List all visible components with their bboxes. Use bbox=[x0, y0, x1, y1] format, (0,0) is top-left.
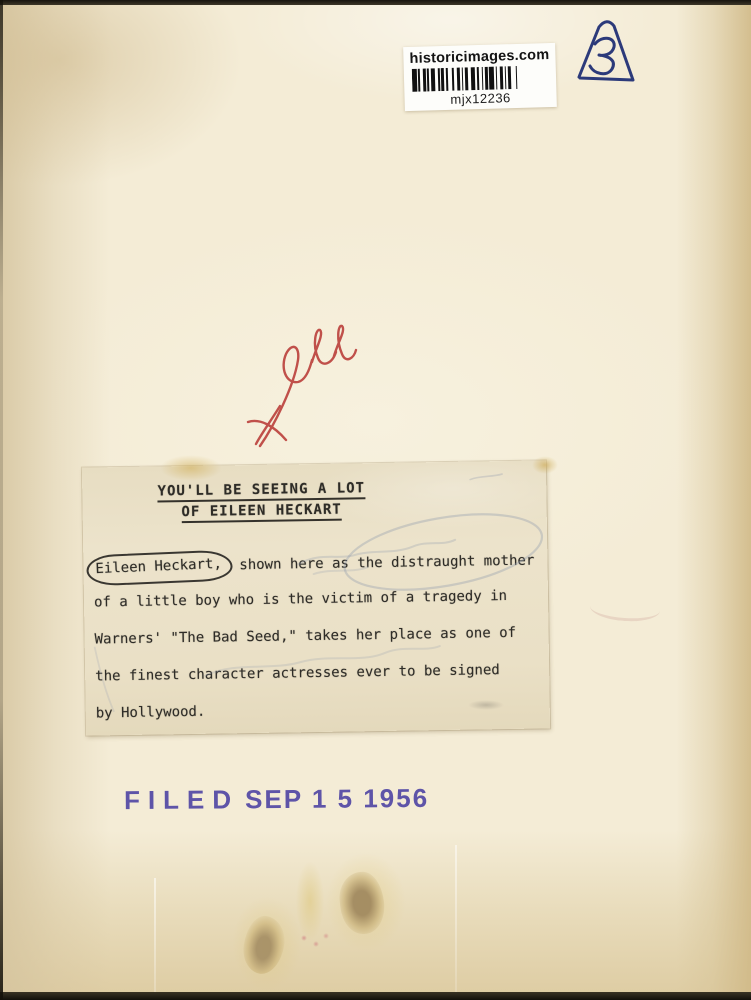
scan-edge-bottom bbox=[0, 992, 751, 1000]
caption-title: YOU'LL BE SEEING A LOT OF EILEEN HECKART bbox=[96, 480, 427, 524]
sticker-code-text: mjx12236 bbox=[450, 90, 511, 107]
brown-stain bbox=[240, 913, 288, 976]
pen-triangle-icon bbox=[573, 17, 647, 91]
scan-edge-top bbox=[0, 0, 751, 5]
stain-halo bbox=[232, 896, 302, 991]
paper-crease bbox=[154, 878, 156, 1000]
filed-stamp-label: FILED bbox=[124, 784, 239, 815]
circled-name: Eileen Heckart, bbox=[86, 549, 234, 586]
sticker-site-text: historicimages.com bbox=[409, 47, 549, 67]
stain-halo bbox=[326, 852, 406, 952]
caption-line-5: by Hollywood. bbox=[96, 704, 206, 722]
faint-red-smudge bbox=[589, 594, 661, 624]
barcode-sticker: historicimages.com mjx12236 bbox=[403, 43, 557, 111]
filed-stamp-date: SEP 1 5 1956 bbox=[245, 783, 429, 814]
caption-title-line-2: OF EILEEN HECKART bbox=[181, 503, 342, 524]
caption-slip: YOU'LL BE SEEING A LOT OF EILEEN HECKART… bbox=[82, 460, 550, 735]
caption-line-2: of a little boy who is the victim of a t… bbox=[94, 588, 507, 610]
caption-line-1-rest: shown here as the distraught mother bbox=[231, 553, 535, 574]
caption-line-4: the finest character actresses ever to b… bbox=[95, 662, 500, 684]
caption-line-3: Warners' "The Bad Seed," takes her place… bbox=[94, 625, 516, 648]
paper-crease bbox=[455, 845, 457, 1000]
barcode-icon bbox=[412, 65, 549, 92]
caption-title-line-1: YOU'LL BE SEEING A LOT bbox=[157, 481, 365, 502]
red-handwriting bbox=[246, 310, 358, 448]
filed-stamp: FILEDSEP 1 5 1956 bbox=[124, 783, 429, 816]
red-script-icon bbox=[246, 310, 358, 448]
brown-stain bbox=[337, 870, 387, 936]
scan-edge-left bbox=[0, 0, 3, 1000]
pink-speckles bbox=[296, 930, 336, 952]
caption-line-1: Eileen Heckart, shown here as the distra… bbox=[93, 551, 534, 578]
photo-back-scan: historicimages.com mjx12236 Y bbox=[0, 0, 751, 1000]
handwritten-number-mark bbox=[573, 17, 647, 91]
yellow-streak-stain bbox=[296, 862, 324, 940]
